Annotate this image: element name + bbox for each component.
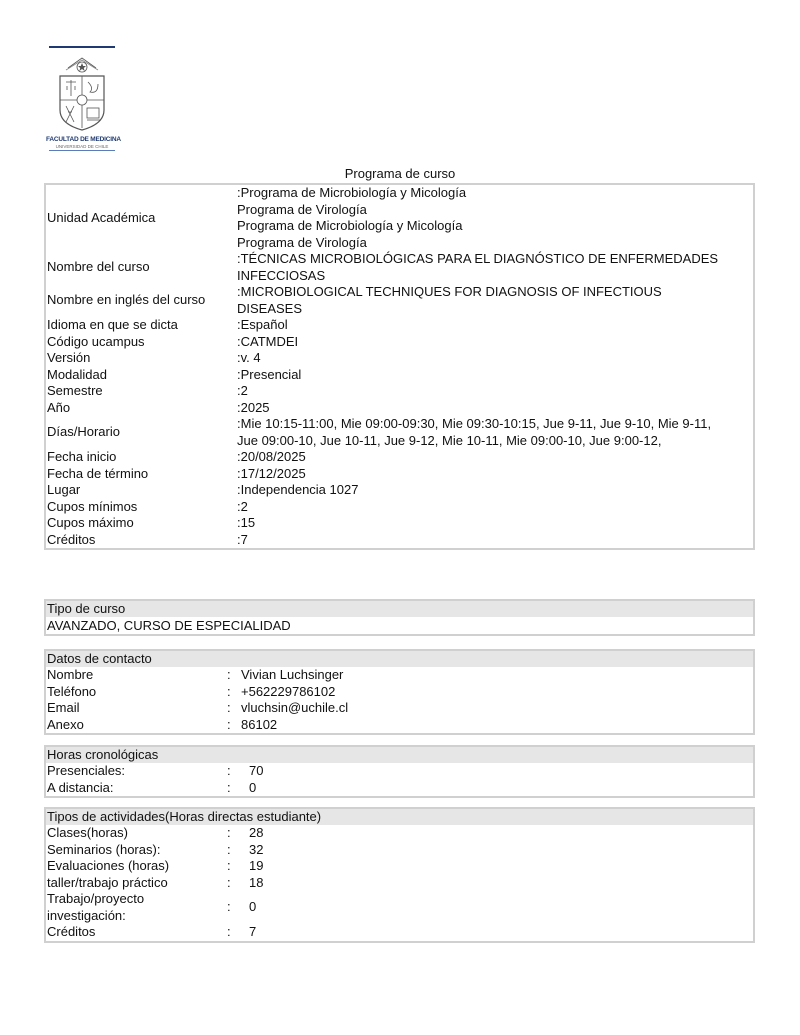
info-label: Unidad Académica: [46, 185, 237, 251]
activity-row: Clases(horas):28: [46, 825, 753, 842]
info-value: :Mie 10:15-11:00, Mie 09:00-09:30, Mie 0…: [237, 416, 753, 449]
info-value: :Presencial: [237, 367, 753, 384]
activity-row: Trabajo/proyectoinvestigación::0: [46, 891, 753, 924]
activity-value: 19: [249, 858, 753, 875]
info-value: :Independencia 1027: [237, 482, 753, 499]
activity-row: Seminarios (horas)::32: [46, 842, 753, 859]
contact-label: Teléfono: [46, 684, 227, 701]
hours-separator: :: [227, 763, 249, 780]
activity-label: Clases(horas): [46, 825, 227, 842]
activity-label: Créditos: [46, 924, 227, 941]
contact-separator: :: [227, 684, 241, 701]
contact-row: Teléfono:+562229786102: [46, 684, 753, 701]
activity-separator: :: [227, 858, 249, 875]
activity-value: 0: [249, 899, 753, 916]
info-label: Año: [46, 400, 237, 417]
activity-separator: :: [227, 875, 249, 892]
activity-separator: :: [227, 825, 249, 842]
activity-separator: :: [227, 924, 249, 941]
info-value: :CATMDEI: [237, 334, 753, 351]
activity-label: Seminarios (horas):: [46, 842, 227, 859]
contact-label: Nombre: [46, 667, 227, 684]
course-type-value: AVANZADO, CURSO DE ESPECIALIDAD: [46, 617, 753, 634]
course-type-section: Tipo de curso AVANZADO, CURSO DE ESPECIA…: [44, 599, 755, 636]
info-row: Fecha de término:17/12/2025: [46, 466, 753, 483]
info-value: :TÉCNICAS MICROBIOLÓGICAS PARA EL DIAGNÓ…: [237, 251, 753, 284]
activity-label: taller/trabajo práctico: [46, 875, 227, 892]
info-row: Lugar:Independencia 1027: [46, 482, 753, 499]
info-label: Modalidad: [46, 367, 237, 384]
faculty-logo: FACULTAD DE MEDICINA UNIVERSIDAD DE CHIL…: [46, 46, 118, 158]
hours-label: Presenciales:: [46, 763, 227, 780]
info-label: Lugar: [46, 482, 237, 499]
activity-label: Evaluaciones (horas): [46, 858, 227, 875]
info-row: Fecha inicio:20/08/2025: [46, 449, 753, 466]
info-row: Versión:v. 4: [46, 350, 753, 367]
info-value: :2025: [237, 400, 753, 417]
info-value: :15: [237, 515, 753, 532]
contact-separator: :: [227, 717, 241, 734]
info-label: Cupos máximo: [46, 515, 237, 532]
hours-row: A distancia::0: [46, 780, 753, 797]
hours-separator: :: [227, 780, 249, 797]
university-name: UNIVERSIDAD DE CHILE: [46, 144, 118, 149]
activity-value: 28: [249, 825, 753, 842]
hours-header: Horas cronológicas: [46, 747, 753, 763]
hours-label: A distancia:: [46, 780, 227, 797]
contact-value: +562229786102: [241, 684, 753, 701]
info-value: :20/08/2025: [237, 449, 753, 466]
info-label: Semestre: [46, 383, 237, 400]
hours-value: 70: [249, 763, 753, 780]
info-value: :7: [237, 532, 753, 549]
activity-separator: :: [227, 842, 249, 859]
course-type-header: Tipo de curso: [46, 601, 753, 617]
info-value: :v. 4: [237, 350, 753, 367]
contact-label: Anexo: [46, 717, 227, 734]
activity-row: Créditos:7: [46, 924, 753, 941]
info-value: :17/12/2025: [237, 466, 753, 483]
info-value: :MICROBIOLOGICAL TECHNIQUES FOR DIAGNOSI…: [237, 284, 753, 317]
info-label: Nombre en inglés del curso: [46, 284, 237, 317]
logo-bottom-rule: [49, 150, 115, 151]
contact-row: Email:vluchsin@uchile.cl: [46, 700, 753, 717]
activity-row: Evaluaciones (horas):19: [46, 858, 753, 875]
info-row: Nombre en inglés del curso:MICROBIOLOGIC…: [46, 284, 753, 317]
activity-value: 18: [249, 875, 753, 892]
hours-row: Presenciales::70: [46, 763, 753, 780]
info-value: :2: [237, 499, 753, 516]
info-row: Cupos mínimos:2: [46, 499, 753, 516]
info-label: Fecha inicio: [46, 449, 237, 466]
info-label: Idioma en que se dicta: [46, 317, 237, 334]
info-label: Fecha de término: [46, 466, 237, 483]
info-value: :Español: [237, 317, 753, 334]
contact-row: Anexo:86102: [46, 717, 753, 734]
activities-section: Tipos de actividades(Horas directas estu…: [44, 807, 755, 943]
info-row: Nombre del curso:TÉCNICAS MICROBIOLÓGICA…: [46, 251, 753, 284]
info-label: Días/Horario: [46, 416, 237, 449]
info-row: Semestre:2: [46, 383, 753, 400]
contact-label: Email: [46, 700, 227, 717]
activity-value: 7: [249, 924, 753, 941]
info-row: Días/Horario:Mie 10:15-11:00, Mie 09:00-…: [46, 416, 753, 449]
info-row: Código ucampus:CATMDEI: [46, 334, 753, 351]
activity-label: Trabajo/proyectoinvestigación:: [46, 891, 227, 924]
activity-value: 32: [249, 842, 753, 859]
info-label: Nombre del curso: [46, 251, 237, 284]
faculty-name: FACULTAD DE MEDICINA: [46, 136, 118, 143]
contact-separator: :: [227, 667, 241, 684]
hours-section: Horas cronológicas Presenciales::70A dis…: [44, 745, 755, 798]
info-label: Código ucampus: [46, 334, 237, 351]
activity-row: taller/trabajo práctico:18: [46, 875, 753, 892]
info-value: :2: [237, 383, 753, 400]
activity-separator: :: [227, 899, 249, 916]
contact-row: Nombre:Vivian Luchsinger: [46, 667, 753, 684]
info-row: Créditos:7: [46, 532, 753, 549]
page-title: Programa de curso: [0, 166, 800, 181]
logo-top-rule: [49, 46, 115, 48]
contact-value[interactable]: vluchsin@uchile.cl: [241, 700, 753, 717]
info-row: Modalidad:Presencial: [46, 367, 753, 384]
info-label: Versión: [46, 350, 237, 367]
contact-value: 86102: [241, 717, 753, 734]
info-row: Cupos máximo:15: [46, 515, 753, 532]
info-value: :Programa de Microbiología y MicologíaPr…: [237, 185, 753, 251]
info-row: Idioma en que se dicta:Español: [46, 317, 753, 334]
contact-section: Datos de contacto Nombre:Vivian Luchsing…: [44, 649, 755, 735]
university-crest-icon: [56, 54, 108, 132]
activities-header: Tipos de actividades(Horas directas estu…: [46, 809, 753, 825]
info-row: Año:2025: [46, 400, 753, 417]
contact-separator: :: [227, 700, 241, 717]
info-label: Créditos: [46, 532, 237, 549]
contact-value: Vivian Luchsinger: [241, 667, 753, 684]
hours-value: 0: [249, 780, 753, 797]
info-label: Cupos mínimos: [46, 499, 237, 516]
contact-header: Datos de contacto: [46, 651, 753, 667]
general-info-table: Unidad Académica:Programa de Microbiolog…: [44, 183, 755, 550]
info-row: Unidad Académica:Programa de Microbiolog…: [46, 185, 753, 251]
